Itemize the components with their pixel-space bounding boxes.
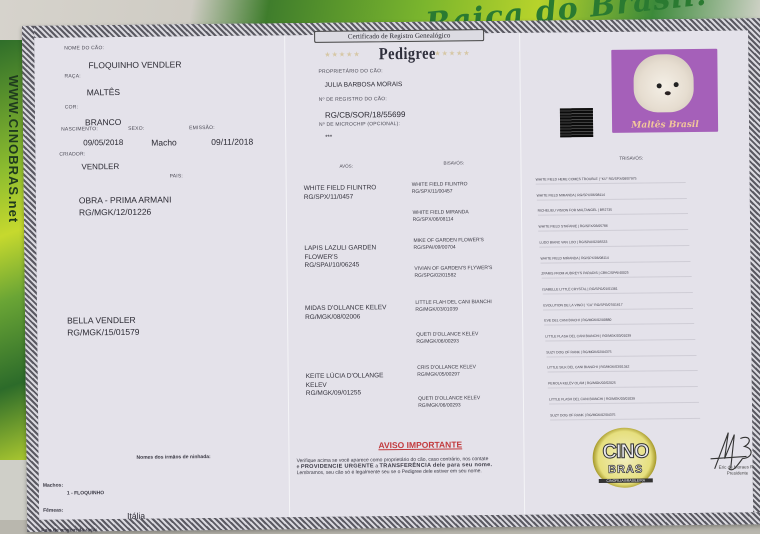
registry-number: RG/CB/SOR/18/55699 — [325, 110, 406, 120]
great-grandparent-registry: RG/SPG/02/01582 — [414, 272, 492, 280]
breed-value: MALTÊS — [87, 87, 120, 97]
pedigree-certificate: Certificado de Registro Genealógico ★★★★… — [22, 18, 760, 532]
great-grandparent-registry: RG/SPX/11/00457 — [412, 188, 468, 196]
great-great-grandparent-entry: SUZY DOG OF RANK | RG/MGK/02/04375 — [550, 412, 615, 417]
great-great-grandparent-entry: WHITE FIELD HERE COMES TROUBLE | "KU" RG… — [536, 177, 637, 182]
great-great-grandparent-entry: LITTLE SILK DEL CANI BIANCHI | RG/MGK/03… — [547, 365, 629, 370]
dog-eye — [674, 82, 679, 87]
logo-word-1: CINO — [596, 440, 654, 464]
grandparent-registry: RG/SPX/11/0457 — [304, 193, 394, 202]
entry-underline — [541, 276, 691, 279]
sex-value: Macho — [151, 137, 177, 147]
entry-underline — [549, 402, 699, 405]
dog-nose — [665, 91, 671, 95]
entry-underline — [544, 323, 694, 326]
great-grandparent-registry: RG/SPX/06/08114 — [413, 216, 469, 224]
entry-underline — [536, 182, 686, 185]
sire-registry: RG/MGK/12/01226 — [79, 207, 151, 218]
color-label: Cor: — [65, 104, 78, 110]
great-great-grandparent-entry: RICHELIEU VISION FOR MALTANGEL | BR2735 — [538, 208, 613, 213]
dam-name: BELLA VENDLER — [67, 315, 136, 326]
dog-face-illustration — [633, 54, 694, 113]
dog-eye — [657, 83, 662, 88]
stars-left: ★★★★★ — [324, 50, 360, 58]
column-divider — [284, 35, 290, 517]
great-grandparent-entry: WHITE FIELD FILINTRORG/SPX/11/00457 — [412, 181, 468, 196]
parents-label: Pais: — [170, 173, 183, 179]
issue-label: Emissão: — [189, 125, 215, 131]
owner-name: JULIA BARBOSA MORAIS — [325, 81, 403, 89]
origin-value: Itália — [127, 511, 145, 521]
great-grandparent-registry: RG/MGK/06/00293 — [416, 338, 478, 346]
great-grandparents-header: Bisavós: — [443, 160, 464, 165]
great-grandparent-entry: VIVIAN OF GARDEN'S FLYWER'SRG/SPG/02/015… — [414, 265, 492, 280]
great-grandparent-entry: MIKE OF GARDEN FLOWER'SRG/SPAI/09/00704 — [413, 237, 484, 252]
great-great-grandparent-entry: ZPARIS FROM AUDREY'S PARADIS | CBKC/SPAI… — [541, 271, 628, 276]
great-great-grandparents-header: Trisavós: — [619, 156, 643, 161]
entry-underline — [550, 417, 700, 420]
breeder-label: Criador: — [59, 151, 85, 157]
signatory-role: Presidente — [727, 470, 749, 475]
signatory-name: Eric de Moraes R. — [719, 464, 755, 469]
great-great-grandparent-entry: WHITE FIELD STAFANIE | RG/SPX/03/05786 — [538, 224, 607, 229]
great-great-grandparent-entry: LITTLE FLASH DEL CANI BIANCHI | RG/MGK/0… — [545, 334, 631, 339]
grandparent-name: MIDAS D'OLLANCE KELEV — [305, 304, 395, 313]
grandparent-entry: WHITE FIELD FILINTRORG/SPX/11/0457 — [304, 184, 394, 202]
great-grandparent-registry: RG/MGK/06/00293 — [418, 402, 480, 410]
entry-underline — [547, 370, 697, 373]
great-grandparent-entry: QUETI D'OLLANCE KELEVRG/MGK/06/00293 — [416, 331, 478, 346]
grandparent-entry: MIDAS D'OLLANCE KELEVRG/MGK/08/02006 — [305, 304, 395, 322]
great-great-grandparent-entry: LUDO BIANC VAN LOO | RG/SPAI/02/05533 — [539, 240, 607, 245]
great-grandparent-entry: LITTLE FLAH DEL CANI BIANCHIRG/MGK/03/01… — [415, 299, 492, 314]
entry-underline — [546, 355, 696, 358]
origin-label: País de origem da raça: — [41, 527, 97, 534]
dog-name: FLOQUINHO VENDLER — [88, 59, 181, 70]
great-great-grandparent-entry: WHITE FIELD MIRANDA | RG/SPX/06/08114 — [540, 255, 608, 260]
logo-word-2: BRAS — [597, 463, 655, 476]
breed-label: Raça: — [65, 73, 81, 79]
notice-line-3: Lembramos, seu cão só é legalmente seu s… — [297, 468, 552, 477]
grandparent-name: KEITE LÚCIA D'OLLANGE KELEV — [306, 372, 396, 390]
notice-title: AVISO IMPORTANTE — [378, 439, 462, 450]
great-great-grandparent-entry: PEROLA KELEV OLAM | RG/MGK/02/02025 — [548, 381, 616, 386]
logo-subtitle: Cinofilia Brasileira — [599, 478, 653, 483]
great-grandparent-entry: CRIS D'OLLANCE KELEVRG/MGK/05/00297 — [417, 364, 476, 379]
males-value: 1 - FLOQUINHO — [67, 490, 104, 496]
great-great-grandparent-entry: EVE DEL CANI BIACHI | RG/MGK/02/00880 — [544, 318, 611, 323]
entry-underline — [541, 261, 691, 264]
grandparent-registry: RG/MGK/08/02006 — [305, 313, 395, 322]
great-grandparent-registry: RG/MGK/05/00297 — [417, 371, 476, 379]
males-label: Machos: — [43, 483, 63, 489]
stars-right: ★★★★★ — [434, 49, 470, 57]
females-label: Fêmeas: — [43, 508, 63, 514]
microchip-value: *** — [325, 135, 332, 141]
great-great-grandparent-entry: EVOLUTION DE LA VINCI | "CA" RG/SPG/07/0… — [543, 302, 622, 307]
issue-date: 09/11/2018 — [211, 137, 253, 147]
entry-underline — [539, 229, 689, 232]
great-great-grandparent-entry: LITTLE FLASH DEL CANI BIANCHI | RG/MGK/0… — [549, 396, 635, 401]
great-grandparent-entry: WHITE FIELD MIRANDARG/SPX/06/08114 — [413, 209, 469, 224]
entry-underline — [548, 386, 698, 389]
birth-date: 09/05/2018 — [83, 138, 123, 147]
grandparent-registry: RG/SPAI/10/06245 — [304, 261, 394, 270]
great-great-grandparent-entry: WHITE FIELD MIRANDA | RG/SPX/06/08114 — [537, 193, 605, 198]
entry-underline — [538, 213, 688, 216]
entry-underline — [537, 198, 687, 201]
great-grandparent-registry: RG/SPAI/09/00704 — [414, 244, 484, 252]
entry-underline — [543, 308, 693, 311]
great-grandparent-entry: QUETI D'OLLANCE KELEVRG/MGK/06/00293 — [418, 395, 480, 410]
dam-registry: RG/MGK/15/01579 — [67, 327, 139, 338]
notice-text: Verifique acima se você aparece como pro… — [297, 455, 552, 476]
entry-underline — [542, 292, 692, 295]
background-side-url: WWW.CINOBRAS.net — [6, 75, 21, 223]
breeder-value: VENDLER — [81, 162, 119, 171]
great-great-grandparent-entry: ISABELLE LITTLE CRYSTAL | RG/SPG/01/0138… — [542, 287, 617, 292]
photo-caption: Maltês Brasil — [612, 120, 718, 131]
great-grandparent-registry: RG/MGK/03/01039 — [415, 306, 492, 314]
microchip-label: Nº de microchip (opcional): — [319, 121, 400, 128]
grandparent-registry: RG/MGK/09/01255 — [306, 389, 396, 398]
litter-title: Nomes dos irmãos de ninhada: — [136, 454, 210, 461]
certificate-title: Certificado de Registro Genealógico — [314, 29, 484, 43]
sire-name: OBRA - PRIMA ARMANI — [79, 194, 172, 205]
qr-code-icon[interactable] — [560, 108, 593, 137]
dog-name-label: Nome do cão: — [64, 45, 104, 51]
grandparent-entry: LAPIS LAZULI GARDEN FLOWER'SRG/SPAI/10/0… — [304, 244, 394, 270]
entry-underline — [545, 339, 695, 342]
grandparents-header: Avós: — [339, 164, 352, 169]
great-great-grandparent-entry: SUZY DOG OF RANK | RG/MGK/02/04375 — [546, 350, 611, 355]
entry-underline — [540, 245, 690, 248]
sex-label: Sexo: — [128, 126, 144, 132]
column-divider — [519, 33, 525, 515]
grandparent-name: LAPIS LAZULI GARDEN FLOWER'S — [304, 244, 394, 262]
owner-label: Proprietário do cão: — [318, 68, 382, 75]
birth-label: Nascimento: — [61, 126, 98, 132]
grandparent-entry: KEITE LÚCIA D'OLLANGE KELEVRG/MGK/09/012… — [306, 372, 396, 398]
registry-label: Nº de registro do cão: — [319, 96, 387, 103]
dog-photo: Maltês Brasil — [611, 49, 718, 133]
cinobras-logo: CINO BRAS Cinofilia Brasileira — [588, 427, 661, 494]
